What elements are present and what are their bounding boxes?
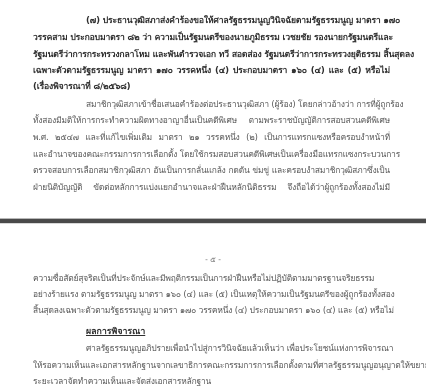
issue-line-2: วรรคสาม ประกอบมาตรา ๘๒ ว่า ความเป็นรัฐมน… [33, 31, 390, 45]
issue-line-3: รัฐมนตรีว่าการกระทรวงกลาโหม และพันตำรวจเ… [33, 48, 390, 62]
document-page-bottom: - ๕ - ความซื่อสัตย์สุจริตเป็นที่ประจักษ์… [0, 224, 426, 386]
issue-line-1: (๗) ประธานวุฒิสภาส่งคำร้องขอให้ศาลรัฐธรร… [86, 14, 390, 28]
continued-line-3: สิ้นสุดลงเฉพาะตัวตามรัฐธรรมนูญ มาตรา ๑๗๐… [33, 303, 390, 317]
body-line-1: สมาชิกวุฒิสภาเข้าชื่อเสนอคำร้องต่อประธาน… [86, 97, 390, 111]
result-heading: ผลการพิจารณา [86, 325, 145, 339]
body-line-5: ตรวจสอบการเลือกสมาชิกวุฒิสภา อันเป็นการก… [33, 163, 390, 177]
continued-line-2: อย่างร้ายแรง ตามรัฐธรรมนูญ มาตรา ๑๖๐ (๔)… [33, 287, 390, 301]
result-line-2: ให้รอความเห็นและเอกสารหลักฐานจากเลขาธิกา… [33, 358, 390, 372]
body-line-3: พ.ศ. ๒๕๔๗ และที่แก้ไขเพิ่มเติม มาตรา ๒๑ … [33, 130, 390, 144]
body-line-2: ทั้งสองมีมติให้การกระทำความผิดทางอาญาอื่… [33, 113, 390, 127]
issue-line-5: (เรื่องพิจารณาที่ ๘/๒๕๖๘) [33, 80, 130, 94]
issue-line-4: เฉพาะตัวตามรัฐธรรมนูญ มาตรา ๑๗๐ วรรคหนึ่… [33, 64, 390, 78]
body-line-4: และอำนาจของคณะกรรมการการเลือกตั้ง โดยใช้… [33, 147, 390, 161]
body-line-6: ฝ่ายนิติบัญญัติ ขัดต่อหลักการแบ่งแยกอำนา… [33, 180, 390, 194]
result-line-3: ระยะเวลาจัดทำความเห็นและจัดส่งเอกสารหลัก… [33, 374, 211, 386]
result-line-1: ศาลรัฐธรรมนูญอภิปรายเพื่อนำไปสู่การวินิจ… [86, 341, 390, 355]
page-number: - ๕ - [0, 254, 426, 266]
document-page-top: (๗) ประธานวุฒิสภาส่งคำร้องขอให้ศาลรัฐธรร… [0, 0, 426, 219]
continued-line-1: ความซื่อสัตย์สุจริตเป็นที่ประจักษ์และมีพ… [33, 271, 390, 285]
